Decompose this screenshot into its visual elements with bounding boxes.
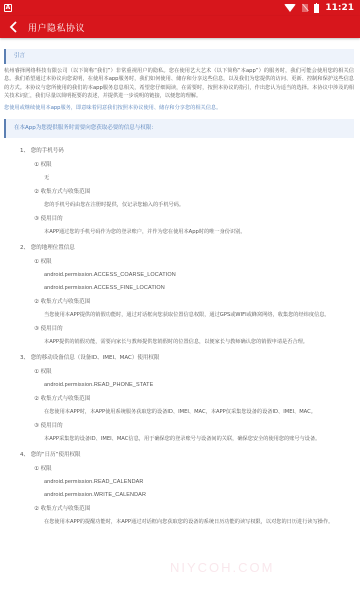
sub-title: ① 权限	[4, 367, 354, 377]
sub-body: 当您使用本APP提供的销假功能时，通过对话框向您获取位置信息权限，通过GPS或W…	[4, 311, 354, 320]
chevron-left-icon	[9, 21, 18, 33]
status-bar-left: A	[4, 4, 12, 12]
section-title: 1、 您的手机号码	[4, 146, 354, 156]
sub-body: 您的手机号码由您在注册时提供，仅记录您输入的手机号码。	[4, 201, 354, 210]
sub-title: ① 权限	[4, 160, 354, 170]
policy-content[interactable]: 引言 杭州睿择网络科技有限公司（以下简称“我们”）非常重视用户的隐私。您在使用艺…	[0, 38, 360, 527]
section-phone: 1、 您的手机号码 ① 权限 无 ② 收集方式与收集范围 您的手机号码由您在注册…	[4, 146, 354, 237]
sub-title: ③ 使用目的	[4, 324, 354, 334]
status-time: 11:21	[325, 3, 354, 13]
section-location: 2、 您的地理位置信息 ① 权限 android.permission.ACCE…	[4, 243, 354, 347]
sub-title: ③ 使用目的	[4, 421, 354, 431]
sub-body: 无	[4, 174, 354, 183]
sub-body: 在您使用本APP的提醒功能时，本APP通过对话框向您获取您的设备的系统日历功能的…	[4, 518, 354, 527]
sub-title: ② 收集方式与收集范围	[4, 187, 354, 197]
status-bar-right: 11:21	[284, 3, 354, 13]
sub-body: 在您使用本APP时，本APP使用系统服务获取您的设备ID、IMEI、MAC，本A…	[4, 408, 354, 417]
permission-name: android.permission.ACCESS_FINE_LOCATION	[4, 284, 354, 293]
permissions-intro-quote: 在本App为您提供服务时需要向您获取必要的信息与权限：	[4, 119, 354, 138]
sub-title: ② 收集方式与收集范围	[4, 297, 354, 307]
app-bar: 用户隐私协议	[0, 16, 360, 38]
watermark: NIYCOH.COM	[170, 560, 275, 575]
section-device: 3、 您的移动设备信息（设备ID、IMEI、MAC）使用权限 ① 权限 andr…	[4, 353, 354, 444]
sub-body: 本APP提供的销假功能，需要向家长与教师提供您销假时的位置信息，以便家长与教师确…	[4, 338, 354, 347]
sub-body: 本APP通过您的手机号码作为您的登录账户，并作为您在使用本App时的唯一身份识别…	[4, 228, 354, 237]
sub-title: ② 收集方式与收集范围	[4, 394, 354, 404]
sub-title: ② 收集方式与收集范围	[4, 504, 354, 514]
sub-title: ③ 使用目的	[4, 214, 354, 224]
permission-name: android.permission.WRITE_CALENDAR	[4, 491, 354, 500]
intro-paragraph: 杭州睿择网络科技有限公司（以下简称“我们”）非常重视用户的隐私。您在使用艺大艺术…	[4, 67, 354, 101]
wifi-icon	[284, 4, 296, 12]
permission-name: android.permission.READ_CALENDAR	[4, 478, 354, 487]
section-title: 2、 您的地理位置信息	[4, 243, 354, 253]
status-bar: A 11:21	[0, 0, 360, 16]
section-title: 4、 您的“日历”使用权限	[4, 450, 354, 460]
no-sim-icon	[302, 4, 308, 12]
section-title: 3、 您的移动设备信息（设备ID、IMEI、MAC）使用权限	[4, 353, 354, 363]
page-title: 用户隐私协议	[28, 21, 85, 34]
back-button[interactable]	[6, 20, 20, 34]
notification-icon: A	[4, 4, 12, 12]
sub-title: ① 权限	[4, 257, 354, 267]
sub-title: ① 权限	[4, 464, 354, 474]
sub-body: 本APP采集您的设备ID、IMEI、MAC信息，用于确保您的登录账号与设备间的关…	[4, 435, 354, 444]
battery-icon	[314, 4, 319, 13]
section-calendar: 4、 您的“日历”使用权限 ① 权限 android.permission.RE…	[4, 450, 354, 527]
consent-paragraph: 您使用或继续使用本app服务，即意味着同意我们按照本协议使用、储存和分享您的相关…	[4, 104, 354, 112]
intro-quote: 引言	[4, 49, 354, 64]
permission-name: android.permission.ACCESS_COARSE_LOCATIO…	[4, 271, 354, 280]
permission-name: android.permission.READ_PHONE_STATE	[4, 381, 354, 390]
